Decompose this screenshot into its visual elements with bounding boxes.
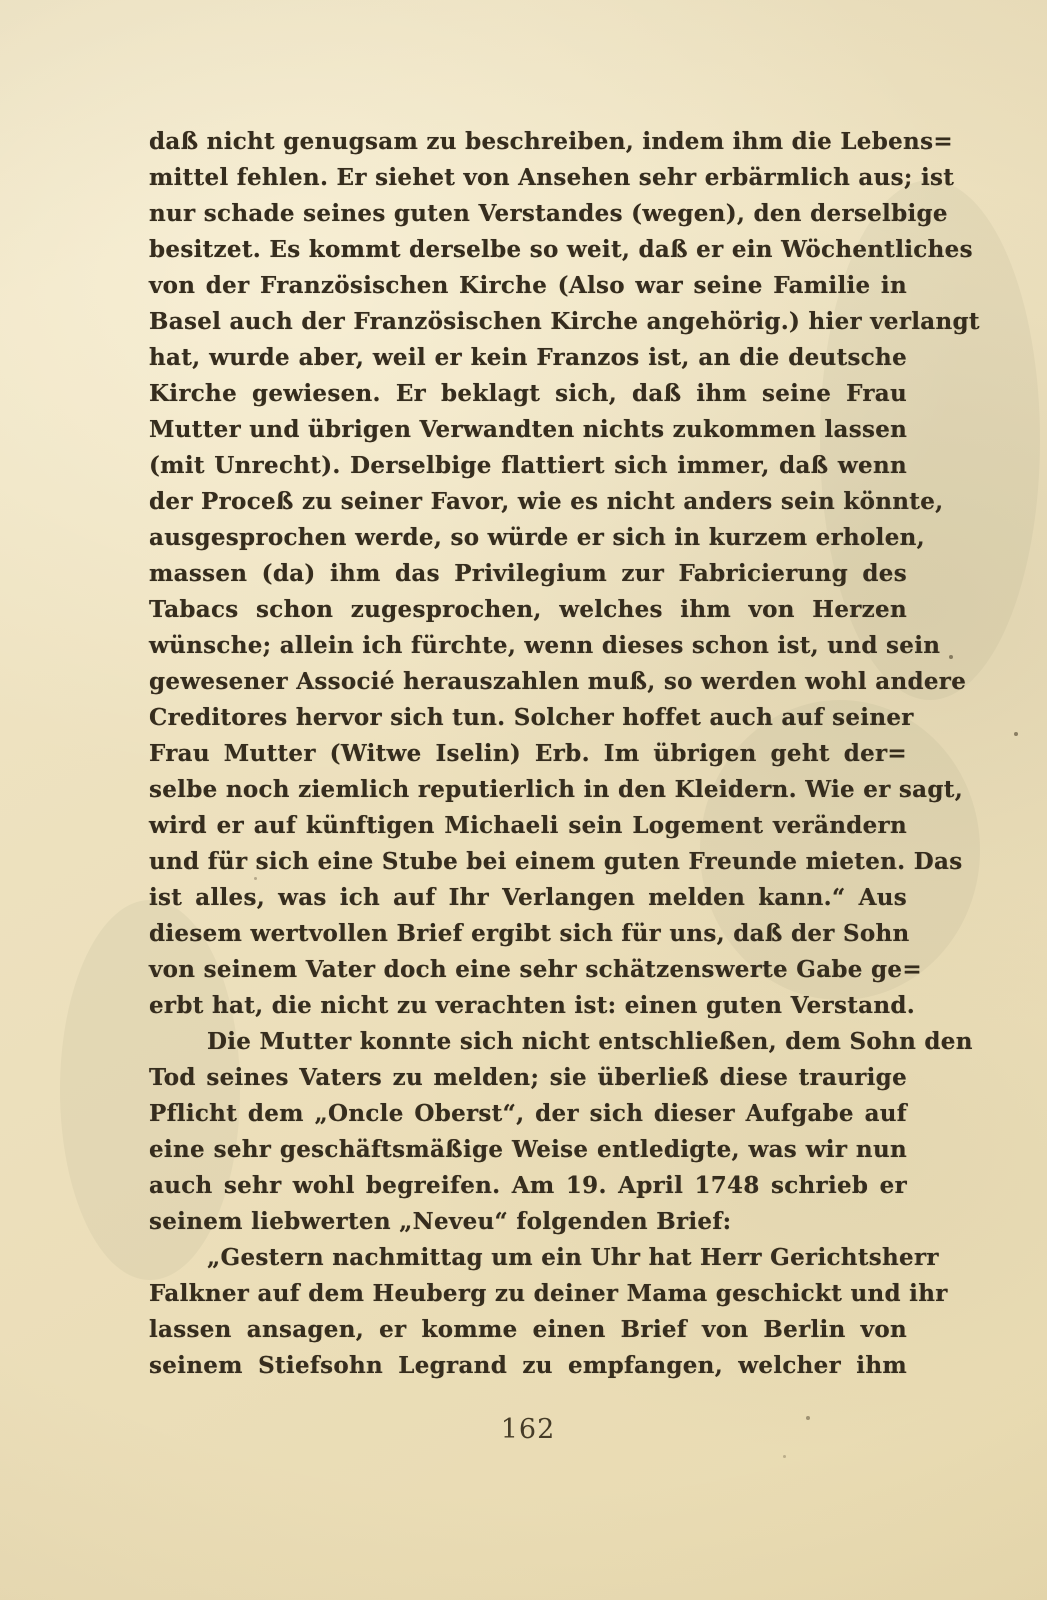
text-line: diesem wertvollen Brief ergibt sich für … (149, 916, 907, 952)
text-line: Mutter und übrigen Verwandten nichts zuk… (149, 412, 907, 448)
ink-speck (1014, 732, 1018, 736)
text-line-paragraph-end: erbt hat, die nicht zu verachten ist: ei… (149, 988, 907, 1024)
text-line: wünsche; allein ich fürchte, wenn dieses… (149, 628, 907, 664)
text-line: mittel fehlen. Er siehet von Ansehen seh… (149, 160, 907, 196)
text-line: und für sich eine Stube bei einem guten … (149, 844, 907, 880)
text-line: ist alles, was ich auf Ihr Verlangen mel… (149, 880, 907, 916)
text-line: lassen ansagen, er komme einen Brief von… (149, 1312, 907, 1348)
text-line: Pflicht dem „Oncle Oberst“, der sich die… (149, 1096, 907, 1132)
text-line: massen (da) ihm das Privilegium zur Fabr… (149, 556, 907, 592)
body-text: daß nicht genugsam zu beschreiben, indem… (149, 124, 907, 1384)
text-line: wird er auf künftigen Michaeli sein Loge… (149, 808, 907, 844)
text-line-paragraph-start: „Gestern nachmittag um ein Uhr hat Herr … (149, 1240, 907, 1276)
ink-speck (783, 1455, 786, 1458)
text-line: Tabacs schon zugesprochen, welches ihm v… (149, 592, 907, 628)
text-line: selbe noch ziemlich reputierlich in den … (149, 772, 907, 808)
text-line: von der Französischen Kirche (Also war s… (149, 268, 907, 304)
text-line: auch sehr wohl begreifen. Am 19. April 1… (149, 1168, 907, 1204)
text-line: besitzet. Es kommt derselbe so weit, daß… (149, 232, 907, 268)
ink-speck (806, 1416, 810, 1420)
text-line: nur schade seines guten Verstandes (wege… (149, 196, 907, 232)
page-number: 162 (149, 1412, 907, 1448)
ink-speck (254, 877, 257, 880)
text-line-paragraph-end: seinem liebwerten „Neveu“ folgenden Brie… (149, 1204, 907, 1240)
text-line: Falkner auf dem Heuberg zu deiner Mama g… (149, 1276, 907, 1312)
text-line: der Proceß zu seiner Favor, wie es nicht… (149, 484, 907, 520)
text-line: seinem Stiefsohn Legrand zu empfangen, w… (149, 1348, 907, 1384)
text-line: gewesener Associé herauszahlen muß, so w… (149, 664, 907, 700)
text-line: (mit Unrecht). Derselbige flattiert sich… (149, 448, 907, 484)
text-line-paragraph-start: Die Mutter konnte sich nicht entschließe… (149, 1024, 907, 1060)
text-line: Kirche gewiesen. Er beklagt sich, daß ih… (149, 376, 907, 412)
book-page: daß nicht genugsam zu beschreiben, indem… (0, 0, 1047, 1600)
text-line: eine sehr geschäftsmäßige Weise entledig… (149, 1132, 907, 1168)
text-line: Frau Mutter (Witwe Iselin) Erb. Im übrig… (149, 736, 907, 772)
text-line: von seinem Vater doch eine sehr schätzen… (149, 952, 907, 988)
text-line: daß nicht genugsam zu beschreiben, indem… (149, 124, 907, 160)
ink-speck (949, 655, 953, 659)
text-line: Basel auch der Französischen Kirche ange… (149, 304, 907, 340)
text-line: Creditores hervor sich tun. Solcher hoff… (149, 700, 907, 736)
text-line: Tod seines Vaters zu melden; sie überlie… (149, 1060, 907, 1096)
text-line: hat, wurde aber, weil er kein Franzos is… (149, 340, 907, 376)
text-line: ausgesprochen werde, so würde er sich in… (149, 520, 907, 556)
